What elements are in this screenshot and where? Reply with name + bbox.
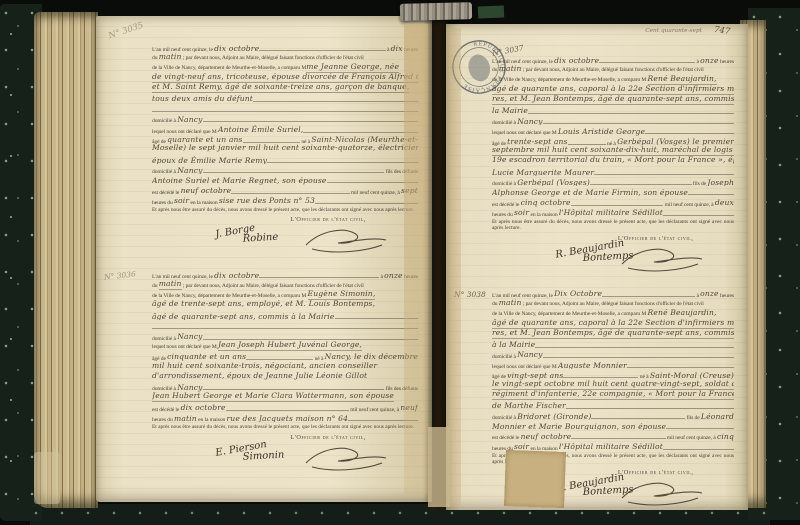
act-line: Moselle) le sept janvier mil huit cent s… — [152, 144, 418, 154]
act-line: mil huit cent soixante-trois, négociant,… — [152, 361, 418, 371]
repair-tape-left-page-edge — [404, 24, 428, 494]
act-line: de la Ville de Nancy, département de Meu… — [152, 62, 418, 72]
closing-formula: Et après nous être assuré du décès, nous… — [152, 424, 418, 430]
death-record-3036: N° 3036 L'an mil neuf cent quinze, le di… — [96, 269, 418, 476]
act-line: tous deux amis du défunt — [152, 93, 418, 103]
act-line — [152, 320, 418, 330]
signature: Robine — [242, 232, 278, 245]
act-line: est décédé le cinq octobre mil neuf cent… — [492, 197, 734, 207]
officer-signature-flourish — [618, 478, 708, 508]
act-line: L'an mil neuf cent quinze, le dix octobr… — [492, 54, 734, 64]
act-line: res, et M. Jean Bontemps, âgé de quarant… — [492, 329, 734, 339]
act-line: heures du matin en la maison rue des Jac… — [152, 412, 418, 422]
act-line: à la Mairie — [492, 339, 734, 349]
act-line: est décédé le neuf octobre mil neuf cent… — [152, 185, 418, 195]
act-line — [152, 103, 418, 113]
death-record-3035: L'an mil neuf cent quinze, le dix octobr… — [96, 42, 418, 259]
folio-marginal-note: Cent quarante-sept — [645, 28, 702, 34]
act-line: domicilié à Bridoret (Gironde) fils de L… — [492, 410, 734, 420]
officer-label: L'Officier de l'état civil, — [618, 469, 734, 476]
repair-tape-patch — [504, 450, 566, 508]
act-line: Jean Hubert George et Marie Clara Watter… — [152, 392, 418, 402]
act-line: du matin ; par devant nous, Adjoint au M… — [152, 280, 418, 290]
act-text: L'an mil neuf cent quinze, le dix octobr… — [492, 54, 734, 217]
repair-tape-gutter-bottom — [428, 427, 450, 507]
act-line: Monnier et Marie Bourguignon, son épouse — [492, 420, 734, 430]
act-line: L'an mil neuf cent quinze, le dix octobr… — [152, 42, 418, 52]
repair-tape-corner — [34, 452, 60, 504]
act-line: heures du soir en la maison l'Hôpital mi… — [492, 207, 734, 217]
signature-row: E. PiersonSimonin — [152, 441, 418, 477]
officer-label: L'Officier de l'état civil, — [290, 216, 418, 223]
act-line: Lucie Marguerite Maurer — [492, 166, 734, 176]
act-line: lequel nous ont déclaré que M Louis Aris… — [492, 125, 734, 135]
act-line: est décédé le neuf octobre mil neuf cent… — [492, 430, 734, 440]
act-line: Antoine Suriel et Marie Regnet, son épou… — [152, 174, 418, 184]
officer-signature-flourish — [618, 244, 708, 274]
signature: Simonin — [242, 449, 284, 462]
declarant-signatures: J. BorgeRobine — [215, 219, 279, 251]
act-line: res, et M. Jean Bontemps, âgé de quarant… — [492, 95, 734, 105]
officer-label: L'Officier de l'état civil, — [290, 434, 418, 441]
closing-formula: Et après nous être assuré du décès, nous… — [152, 207, 418, 213]
act-line: Alphonse George et de Marie Firmin, son … — [492, 186, 734, 196]
act-line: heures du soir en la maison l'Hôpital mi… — [492, 441, 734, 451]
binding-headband — [400, 2, 472, 21]
act-line: âgé de quarante-sept ans, commis à la Ma… — [152, 310, 418, 320]
act-line: 19e escadron territorial du train, « Mor… — [492, 156, 734, 166]
act-line: du matin ; par devant nous, Adjoint au M… — [152, 52, 418, 62]
cover-cloth-fragment — [478, 6, 504, 19]
act-line: régiment d'infanterie, 22e compagnie, « … — [492, 390, 734, 400]
act-line: âgé de quarante et un ans né à Saint-Nic… — [152, 134, 418, 144]
closing-formula: Et après nous être assuré du décès, nous… — [492, 219, 734, 232]
act-line: domicilié à Nancy — [152, 113, 418, 123]
act-line: âgé de vingt-sept ans né à Saint-Moral (… — [492, 369, 734, 379]
signature-row: J. BorgeRobine — [152, 223, 418, 259]
act-line: domicilié à Nancy — [152, 331, 418, 341]
act-line: la Mairie — [492, 105, 734, 115]
death-record-3038: N° 3038 L'an mil neuf cent quinze, le Di… — [446, 288, 734, 512]
register-book-photo: N° 3035 L'an mil neuf cent quinze, le di… — [0, 0, 800, 525]
death-record-3037: N° 3037 L'an mil neuf cent quinze, le di… — [446, 54, 734, 278]
signature-row: R. BeaujardinBontemps — [492, 242, 734, 278]
act-line: domicilié à Nancy fils des défunts — [152, 381, 418, 391]
act-line: âgé de quarante ans, caporal à la 22e Se… — [492, 85, 734, 95]
act-number: N° 3036 — [104, 270, 137, 282]
act-line: domicilié à Nancy — [492, 349, 734, 359]
act-text: L'an mil neuf cent quinze, le Dix Octobr… — [492, 288, 734, 451]
act-line: lequel nous ont déclaré que M Jean Josep… — [152, 341, 418, 351]
act-line: de Marthe Fischer — [492, 400, 734, 410]
act-line: est décédé le dix octobre mil neuf cent … — [152, 402, 418, 412]
page-edges-left — [34, 12, 98, 508]
act-line: heures du soir en la maison sise rue des… — [152, 195, 418, 205]
act-line: lequel nous ont déclaré que M Auguste Mo… — [492, 359, 734, 369]
act-line: époux de Émilie Marie Remy — [152, 154, 418, 164]
act-line: L'an mil neuf cent quinze, le Dix Octobr… — [492, 288, 734, 298]
officer-label: L'Officier de l'état civil, — [618, 235, 734, 242]
act-line: du matin ; par devant nous, Adjoint au M… — [492, 64, 734, 74]
right-page: Cent quarante-sept 747 RÉPUBLIQUE FRANÇA… — [446, 24, 748, 510]
act-line: domicilié à Gerbépal (Vosges) fils de Jo… — [492, 176, 734, 186]
act-line: âgé de trente-sept ans, employé, et M. L… — [152, 300, 418, 310]
act-line: âgé de cinquante et un ans né à Nancy, l… — [152, 351, 418, 361]
officer-signature-flourish — [302, 443, 392, 473]
act-line: septembre mil huit cent soixante-dix-hui… — [492, 146, 734, 156]
act-text: L'an mil neuf cent quinze, le dix octobr… — [152, 42, 418, 205]
act-line: lequel nous ont déclaré que M Antoine Ém… — [152, 124, 418, 134]
act-line: domicilié à Nancy — [492, 115, 734, 125]
act-line: de la Ville de Nancy, département de Meu… — [152, 290, 418, 300]
corner-act-number-note: N° 3035 — [107, 21, 144, 42]
act-line: L'an mil neuf cent quinze, le dix octobr… — [152, 269, 418, 279]
act-line: de vingt-neuf ans, tricoteuse, épouse di… — [152, 73, 418, 83]
officer-signature-flourish — [302, 225, 392, 255]
act-line: du matin ; par devant nous, Adjoint au M… — [492, 298, 734, 308]
act-line: d'arrondissement, époux de Jeanne Julie … — [152, 371, 418, 381]
act-line: le vingt-sept octobre mil huit cent quat… — [492, 380, 734, 390]
act-line: de la Ville de Nancy, département de Meu… — [492, 308, 734, 318]
declarant-signatures: E. PiersonSimonin — [215, 436, 285, 469]
act-line: de la Ville de Nancy, département de Meu… — [492, 74, 734, 84]
act-text: L'an mil neuf cent quinze, le dix octobr… — [152, 269, 418, 422]
act-line: domicilié à Nancy fils des défunts — [152, 164, 418, 174]
act-line: et M. Saint Remy, âgé de soixante-treize… — [152, 83, 418, 93]
act-line: âgé de trente-sept ans né à Gerbépal (Vo… — [492, 136, 734, 146]
left-page: N° 3035 L'an mil neuf cent quinze, le di… — [96, 16, 432, 502]
act-line: âgé de quarante ans, caporal à la 22e Se… — [492, 318, 734, 328]
folio-number: 747 — [713, 25, 730, 37]
